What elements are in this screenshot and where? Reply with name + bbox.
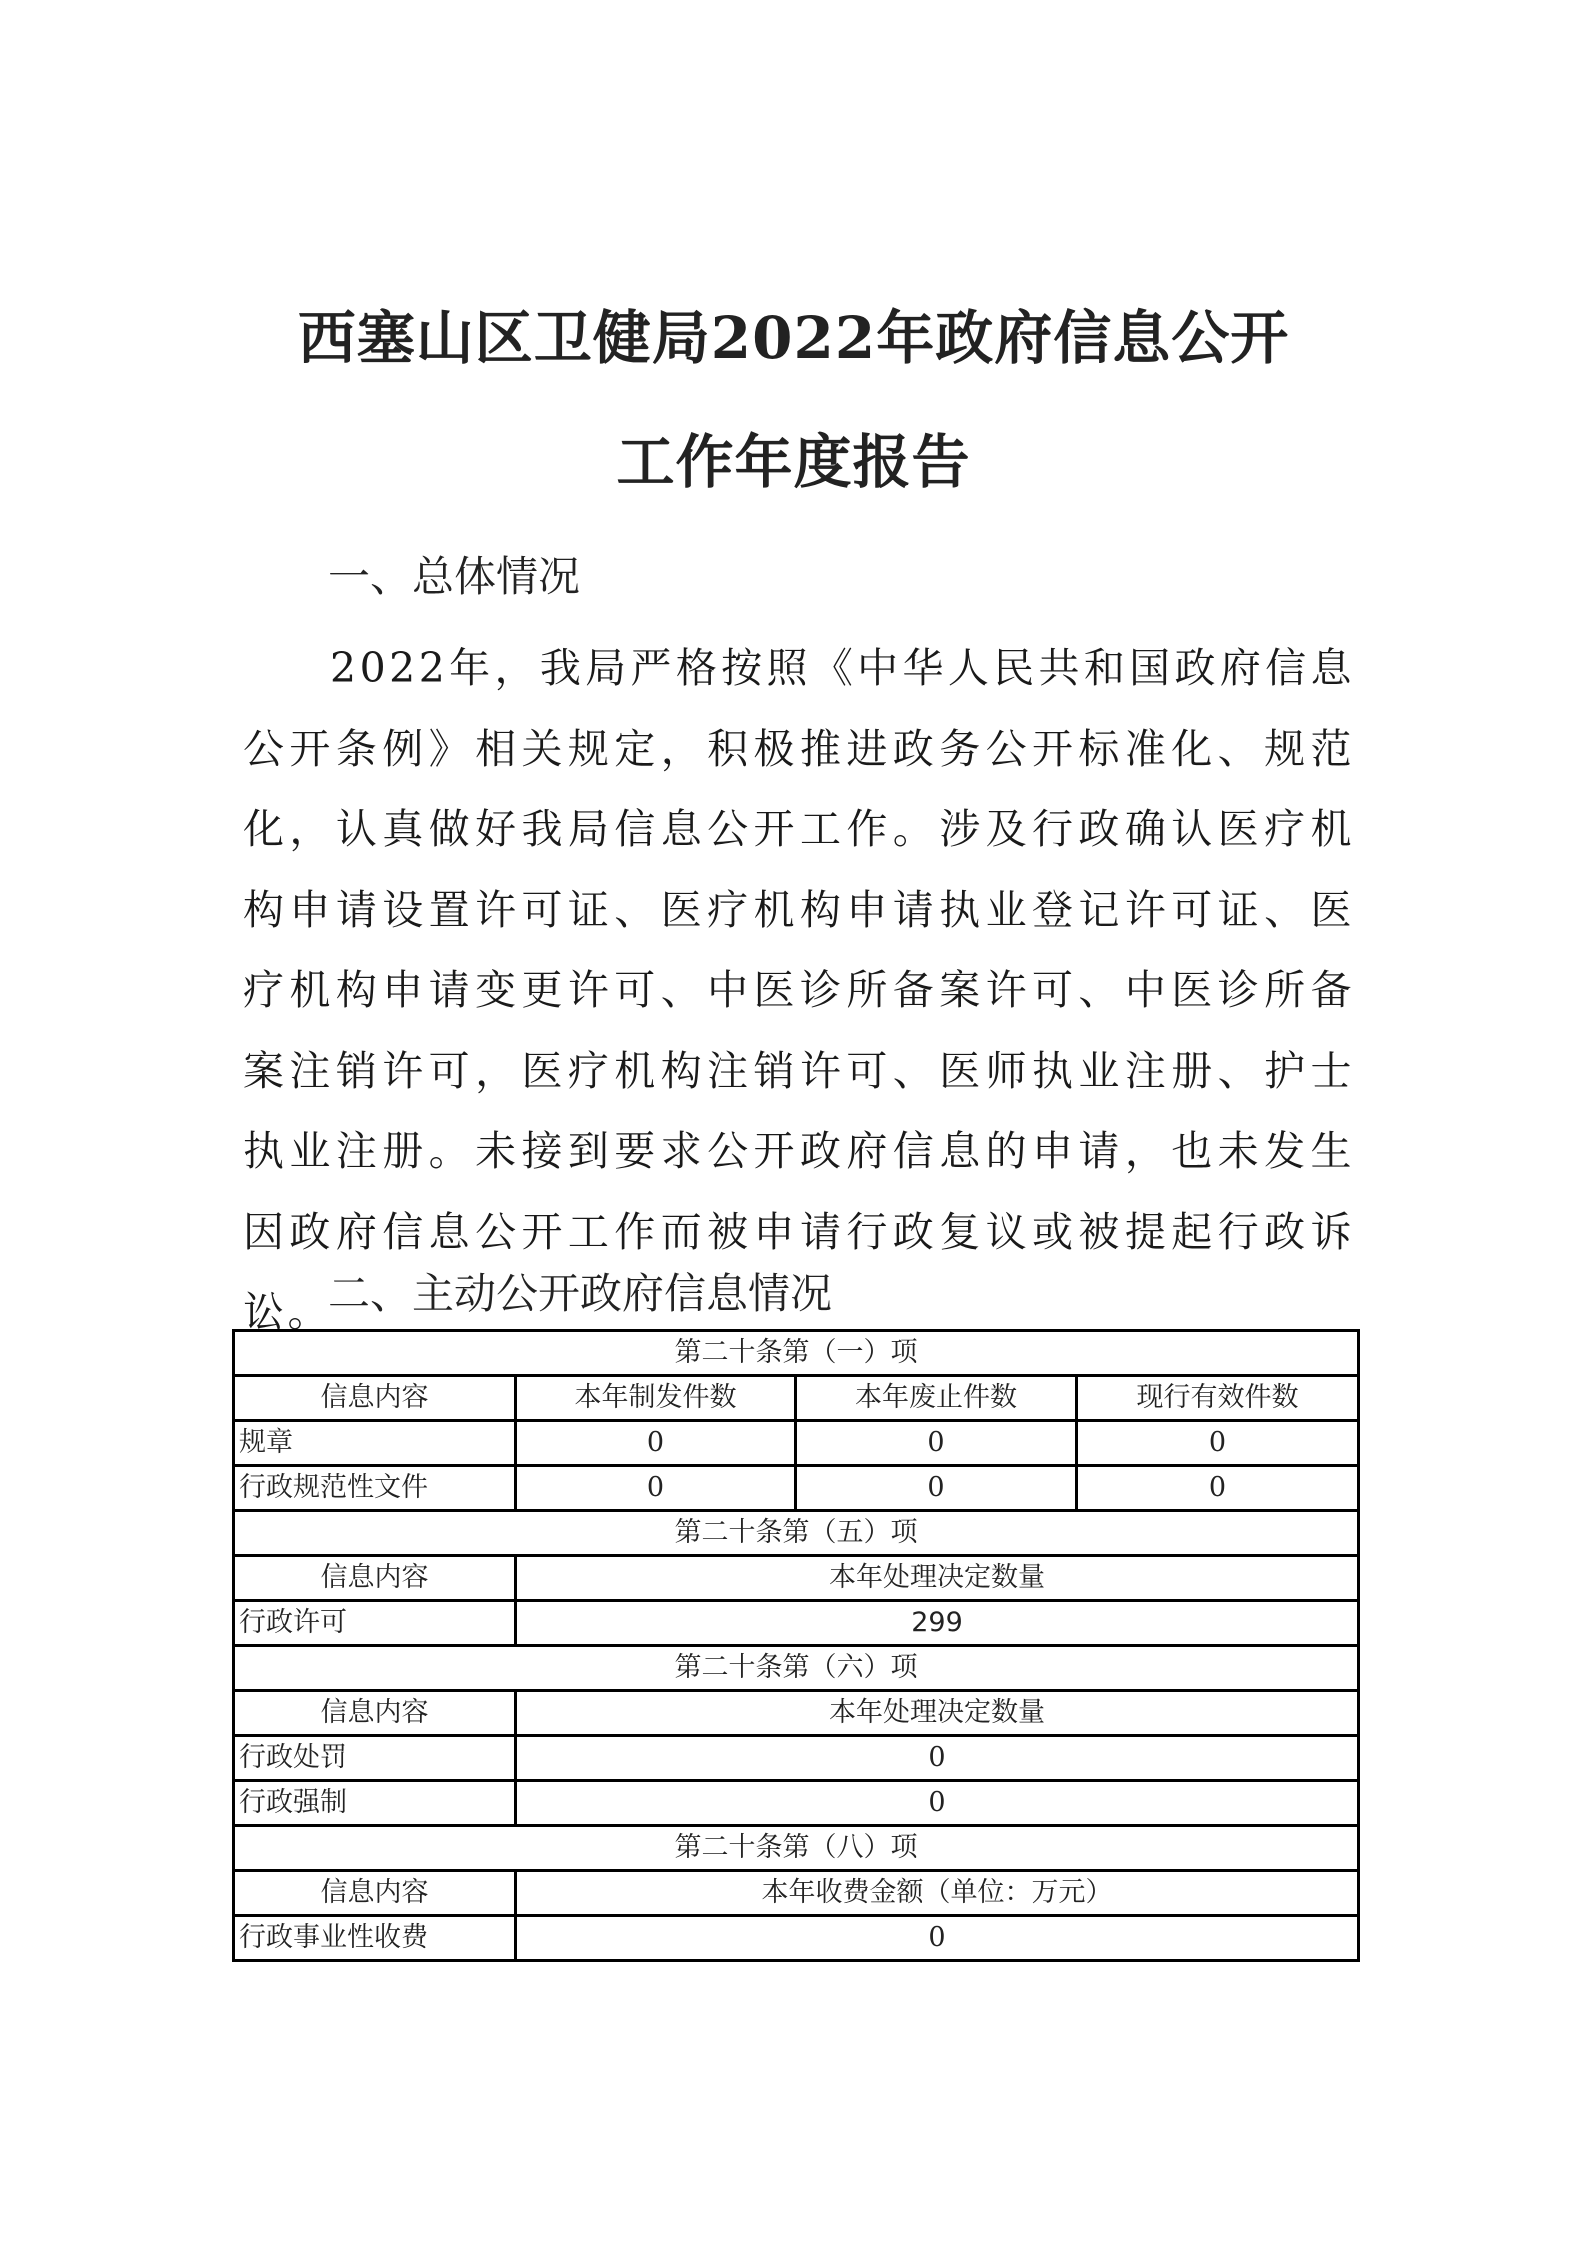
article-5-title: 第二十条第（五）项 bbox=[234, 1511, 1359, 1556]
valid-value: 0 bbox=[1077, 1466, 1359, 1511]
repealed-value: 0 bbox=[796, 1421, 1077, 1466]
table-section-title-row: 第二十条第（一）项 bbox=[234, 1331, 1359, 1376]
repealed-value: 0 bbox=[796, 1466, 1077, 1511]
row-label: 行政许可 bbox=[234, 1601, 516, 1646]
table-row: 行政事业性收费 0 bbox=[234, 1916, 1359, 1961]
header-issued-count: 本年制发件数 bbox=[516, 1376, 796, 1421]
proactive-disclosure-table: 第二十条第（一）项 信息内容 本年制发件数 本年废止件数 现行有效件数 规章 0… bbox=[232, 1329, 1360, 1962]
header-decision-count: 本年处理决定数量 bbox=[516, 1556, 1359, 1601]
fee-amount-value: 0 bbox=[516, 1916, 1359, 1961]
table-header-row: 信息内容 本年处理决定数量 bbox=[234, 1556, 1359, 1601]
header-decision-count: 本年处理决定数量 bbox=[516, 1691, 1359, 1736]
decision-count-value: 299 bbox=[516, 1601, 1359, 1646]
section-heading-overview: 一、总体情况 bbox=[328, 549, 580, 605]
header-valid-count: 现行有效件数 bbox=[1077, 1376, 1359, 1421]
document-page: 西塞山区卫健局2022年政府信息公开 工作年度报告 一、总体情况 2022年，我… bbox=[0, 0, 1587, 2245]
table-header-row: 信息内容 本年收费金额（单位：万元） bbox=[234, 1871, 1359, 1916]
table-header-row: 信息内容 本年处理决定数量 bbox=[234, 1691, 1359, 1736]
table-section-title-row: 第二十条第（六）项 bbox=[234, 1646, 1359, 1691]
table-section-title-row: 第二十条第（八）项 bbox=[234, 1826, 1359, 1871]
article-1-title: 第二十条第（一）项 bbox=[234, 1331, 1359, 1376]
table-row: 行政规范性文件 0 0 0 bbox=[234, 1466, 1359, 1511]
issued-value: 0 bbox=[516, 1466, 796, 1511]
header-info-content: 信息内容 bbox=[234, 1556, 516, 1601]
document-title-line-2: 工作年度报告 bbox=[0, 427, 1587, 497]
header-repealed-count: 本年废止件数 bbox=[796, 1376, 1077, 1421]
overview-paragraph: 2022年，我局严格按照《中华人民共和国政府信息公开条例》相关规定，积极推进政务… bbox=[243, 628, 1355, 1353]
table-row: 行政处罚 0 bbox=[234, 1736, 1359, 1781]
row-label: 行政事业性收费 bbox=[234, 1916, 516, 1961]
issued-value: 0 bbox=[516, 1421, 796, 1466]
table-row: 规章 0 0 0 bbox=[234, 1421, 1359, 1466]
header-info-content: 信息内容 bbox=[234, 1691, 516, 1736]
row-label: 规章 bbox=[234, 1421, 516, 1466]
table-row: 行政强制 0 bbox=[234, 1781, 1359, 1826]
valid-value: 0 bbox=[1077, 1421, 1359, 1466]
row-label: 行政强制 bbox=[234, 1781, 516, 1826]
article-6-title: 第二十条第（六）项 bbox=[234, 1646, 1359, 1691]
table-row: 行政许可 299 bbox=[234, 1601, 1359, 1646]
header-info-content: 信息内容 bbox=[234, 1871, 516, 1916]
table-header-row: 信息内容 本年制发件数 本年废止件数 现行有效件数 bbox=[234, 1376, 1359, 1421]
row-label: 行政处罚 bbox=[234, 1736, 516, 1781]
section-heading-proactive-disclosure: 二、主动公开政府信息情况 bbox=[328, 1266, 832, 1322]
header-info-content: 信息内容 bbox=[234, 1376, 516, 1421]
article-8-title: 第二十条第（八）项 bbox=[234, 1826, 1359, 1871]
decision-count-value: 0 bbox=[516, 1736, 1359, 1781]
decision-count-value: 0 bbox=[516, 1781, 1359, 1826]
document-title-line-1: 西塞山区卫健局2022年政府信息公开 bbox=[0, 303, 1587, 373]
header-fee-amount: 本年收费金额（单位：万元） bbox=[516, 1871, 1359, 1916]
table-section-title-row: 第二十条第（五）项 bbox=[234, 1511, 1359, 1556]
row-label: 行政规范性文件 bbox=[234, 1466, 516, 1511]
